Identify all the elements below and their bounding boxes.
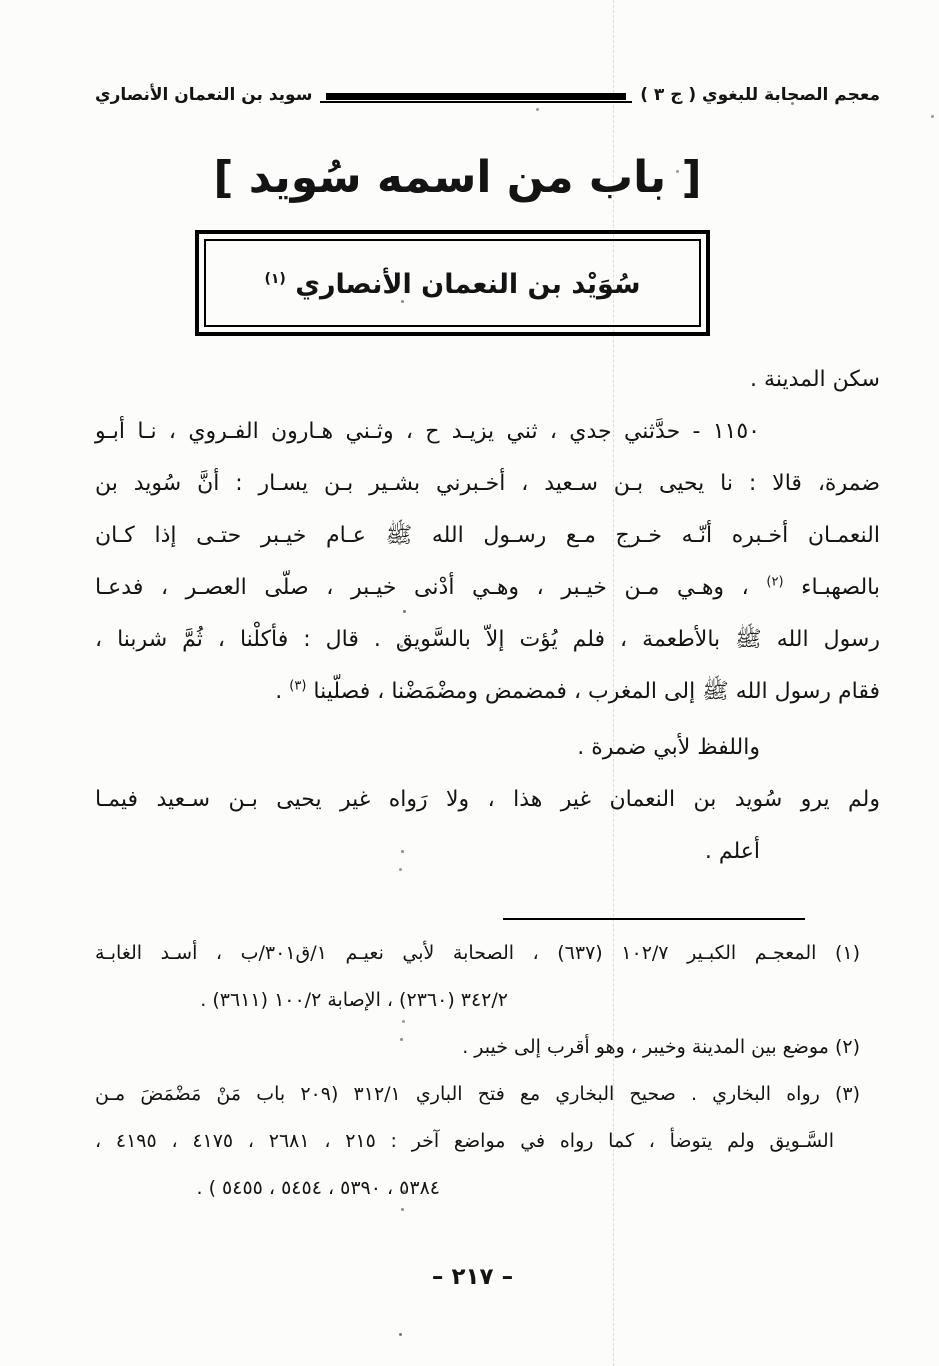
header-book-title: معجم الصحابة للبغوي ( ج ٣ ) xyxy=(640,85,880,105)
footnote-1-line: (١) المعجـم الكبـير ١٠٢/٧ (٦٣٧) ، الصحاب… xyxy=(95,930,860,977)
book-page: معجم الصحابة للبغوي ( ج ٣ ) سويد بن النع… xyxy=(0,0,939,1366)
entry-body: سكن المدينة . ١١٥٠ - حدَّثني جدي ، ثني ي… xyxy=(95,354,880,878)
comment-line: ولم يرو سُويد بن النعمان غير هذا ، ولا ر… xyxy=(95,774,880,826)
footnote-1-line: ٣٤٢/٢ (٢٣٦٠) ، الإصابة ١٠٠/٢ (٣٦١١) . xyxy=(95,977,508,1024)
entry-title-box: سُوَيْد بن النعمان الأنصاري (١) xyxy=(195,230,710,336)
hadith-line: بالصهبـاء (٢) ، وهـي مـن خيـبر ، وهـي أد… xyxy=(95,562,880,614)
footnote-3: (٣) رواه البخاري . صحيح البخاري مع فتح ا… xyxy=(95,1071,860,1212)
header-divider-rule xyxy=(326,93,626,100)
entry-footnote-ref: (١) xyxy=(264,271,285,287)
wording-note-line: واللفظ لأبي ضمرة . xyxy=(95,722,880,774)
page-number: – ٢١٧ – xyxy=(80,1262,865,1292)
comment-paragraph: ولم يرو سُويد بن النعمان غير هذا ، ولا ر… xyxy=(95,774,880,878)
hadith-line: ضمرة، قالا : نا يحيى بـن سـعيد ، أخـبرني… xyxy=(95,458,880,510)
hadith-line: رسول الله ﷺ بالأطعمة ، فلم يُؤت إلاّ بال… xyxy=(95,614,880,666)
entry-title-box-inner: سُوَيْد بن النعمان الأنصاري (١) xyxy=(204,239,701,327)
page-header: معجم الصحابة للبغوي ( ج ٣ ) سويد بن النع… xyxy=(95,80,880,110)
footnotes-section: (١) المعجـم الكبـير ١٠٢/٧ (٦٣٧) ، الصحاب… xyxy=(95,930,880,1212)
hadith-line: النعمـان أخـبره أنّـه خـرج مـع رسـول الل… xyxy=(95,510,880,562)
residence-line: سكن المدينة . xyxy=(95,354,880,406)
footnote-3-line: ٥٣٨٤ ، ٥٣٩٠ ، ٥٤٥٤ ، ٥٤٥٥ ) . xyxy=(95,1165,440,1212)
footnote-2-line: (٢) موضع بين المدينة وخيبر ، وهو أقرب إل… xyxy=(95,1024,860,1071)
footnote-2: (٢) موضع بين المدينة وخيبر ، وهو أقرب إل… xyxy=(95,1024,860,1071)
footnote-1: (١) المعجـم الكبـير ١٠٢/٧ (٦٣٧) ، الصحاب… xyxy=(95,930,860,1024)
header-entry-name: سويد بن النعمان الأنصاري xyxy=(95,85,312,105)
footnote-3-line: السَّـويق ولم يتوضأ ، كما رواه في مواضع … xyxy=(95,1118,860,1165)
hadith-paragraph: ١١٥٠ - حدَّثني جدي ، ثني يزيـد ح ، وثـني… xyxy=(95,406,880,718)
comment-line: أعلم . xyxy=(95,826,880,878)
chapter-heading: [ باب من اسمه سُويد ] xyxy=(65,146,850,210)
footnote-3-line: (٣) رواه البخاري . صحيح البخاري مع فتح ا… xyxy=(95,1071,860,1118)
footnote-separator xyxy=(503,918,805,920)
hadith-line: فقام رسول الله ﷺ إلى المغرب ، فمضمض ومضْ… xyxy=(95,666,880,718)
hadith-line: ١١٥٠ - حدَّثني جدي ، ثني يزيـد ح ، وثـني… xyxy=(95,406,880,458)
entry-title: سُوَيْد بن النعمان الأنصاري xyxy=(295,269,640,300)
